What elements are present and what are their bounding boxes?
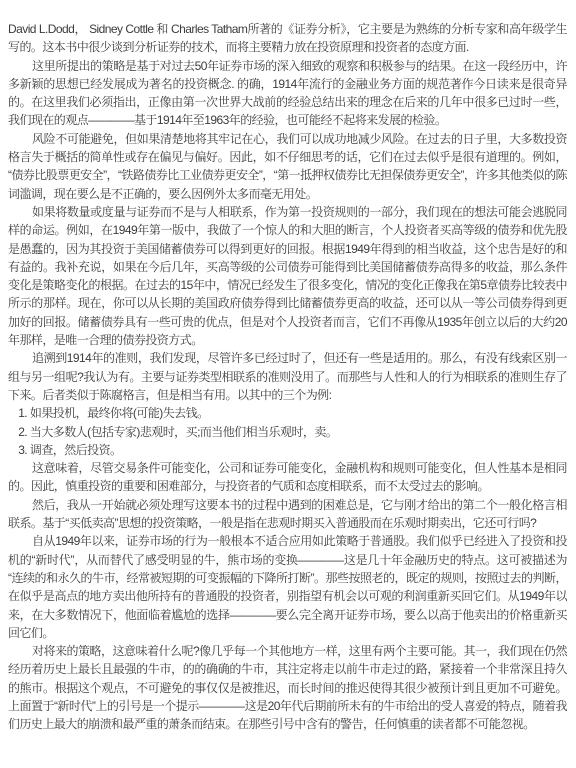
list-item: 3. 调查，然后投资。 [8,441,567,459]
list-item: 1. 如果投机，最终你将(可能)失去钱。 [8,404,567,422]
paragraph: 对将来的策略，这意味着什么呢?像几乎每一个其他地方一样，这里有两个主要可能。其一… [8,642,567,733]
list-item: 2. 当大多数人(包括专家)悲观时，买;而当他们相当乐观时，卖。 [8,423,567,441]
paragraph: David L.Dodd， Sidney Cottle 和 Charles Ta… [8,20,567,57]
paragraph: 风险不可能避免，但如果清楚地将其牢记在心，我们可以成功地减少风险。在过去的日子里… [8,130,567,203]
document-page: David L.Dodd， Sidney Cottle 和 Charles Ta… [0,0,576,768]
paragraph: 追溯到1914年的准则，我们发现，尽管许多已经过时了，但还有一些是适用的。那么，… [8,349,567,404]
paragraph: 然后，我从一开始就必须处理写这要本书的过程中遇到的困难总是，它与刚才给出的第二个… [8,496,567,533]
paragraph: 自从1949年以来，证券市场的行为一般根本不适合应用如此策略于普通股。我们似乎已… [8,532,567,642]
document-text: David L.Dodd， Sidney Cottle 和 Charles Ta… [8,20,567,734]
paragraph: 如果将数量或度量与证券而不是与人相联系，作为第一投资规则的一部分，我们现在的想法… [8,203,567,349]
paragraph: 这意味着，尽管交易条件可能变化，公司和证券可能变化，金融机构和规则可能变化，但人… [8,459,567,496]
paragraph: 这里所提出的策略是基于对过去50年证券市场的深入细致的观察和积极参与的结果。在这… [8,57,567,130]
